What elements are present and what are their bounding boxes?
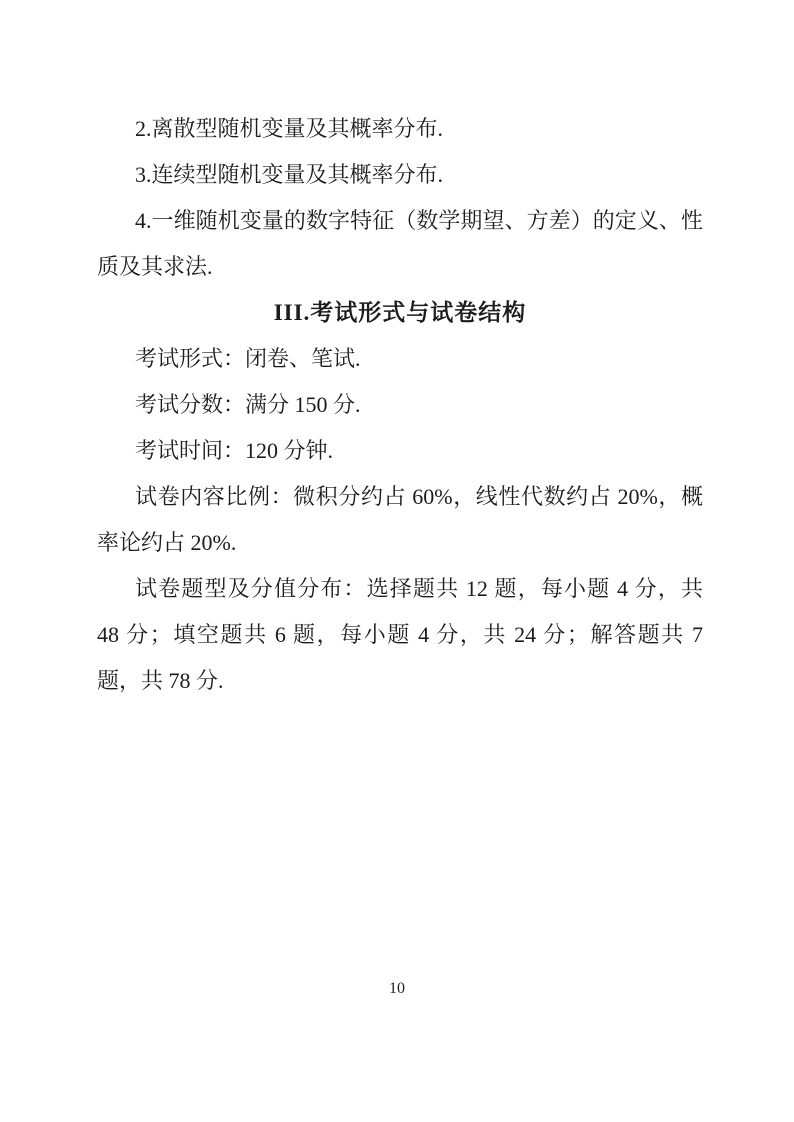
document-page: 2.离散型随机变量及其概率分布. 3.连续型随机变量及其概率分布. 4.一维随机…: [0, 0, 794, 1122]
document-body: 2.离散型随机变量及其概率分布. 3.连续型随机变量及其概率分布. 4.一维随机…: [97, 106, 703, 704]
list-item-2: 2.离散型随机变量及其概率分布.: [97, 106, 703, 152]
question-types-line-1: 试卷题型及分值分布：选择题共 12 题，每小题 4 分，共: [97, 566, 703, 612]
list-item-4-line-1: 4.一维随机变量的数字特征（数学期望、方差）的定义、性: [97, 198, 703, 244]
section-heading: III.考试形式与试卷结构: [97, 290, 703, 336]
exam-form-line: 考试形式：闭卷、笔试.: [97, 336, 703, 382]
page-footer: 10: [0, 978, 794, 1000]
exam-score-line: 考试分数：满分 150 分.: [97, 382, 703, 428]
list-item-4-line-2: 质及其求法.: [97, 244, 703, 290]
question-types-line-2: 48 分；填空题共 6 题，每小题 4 分，共 24 分；解答题共 7: [97, 612, 703, 658]
page-number: 10: [389, 980, 405, 997]
list-item-3: 3.连续型随机变量及其概率分布.: [97, 152, 703, 198]
content-ratio-line-2: 率论约占 20%.: [97, 520, 703, 566]
exam-time-line: 考试时间：120 分钟.: [97, 428, 703, 474]
content-ratio-line-1: 试卷内容比例：微积分约占 60%，线性代数约占 20%，概: [97, 474, 703, 520]
question-types-line-3: 题，共 78 分.: [97, 658, 703, 704]
